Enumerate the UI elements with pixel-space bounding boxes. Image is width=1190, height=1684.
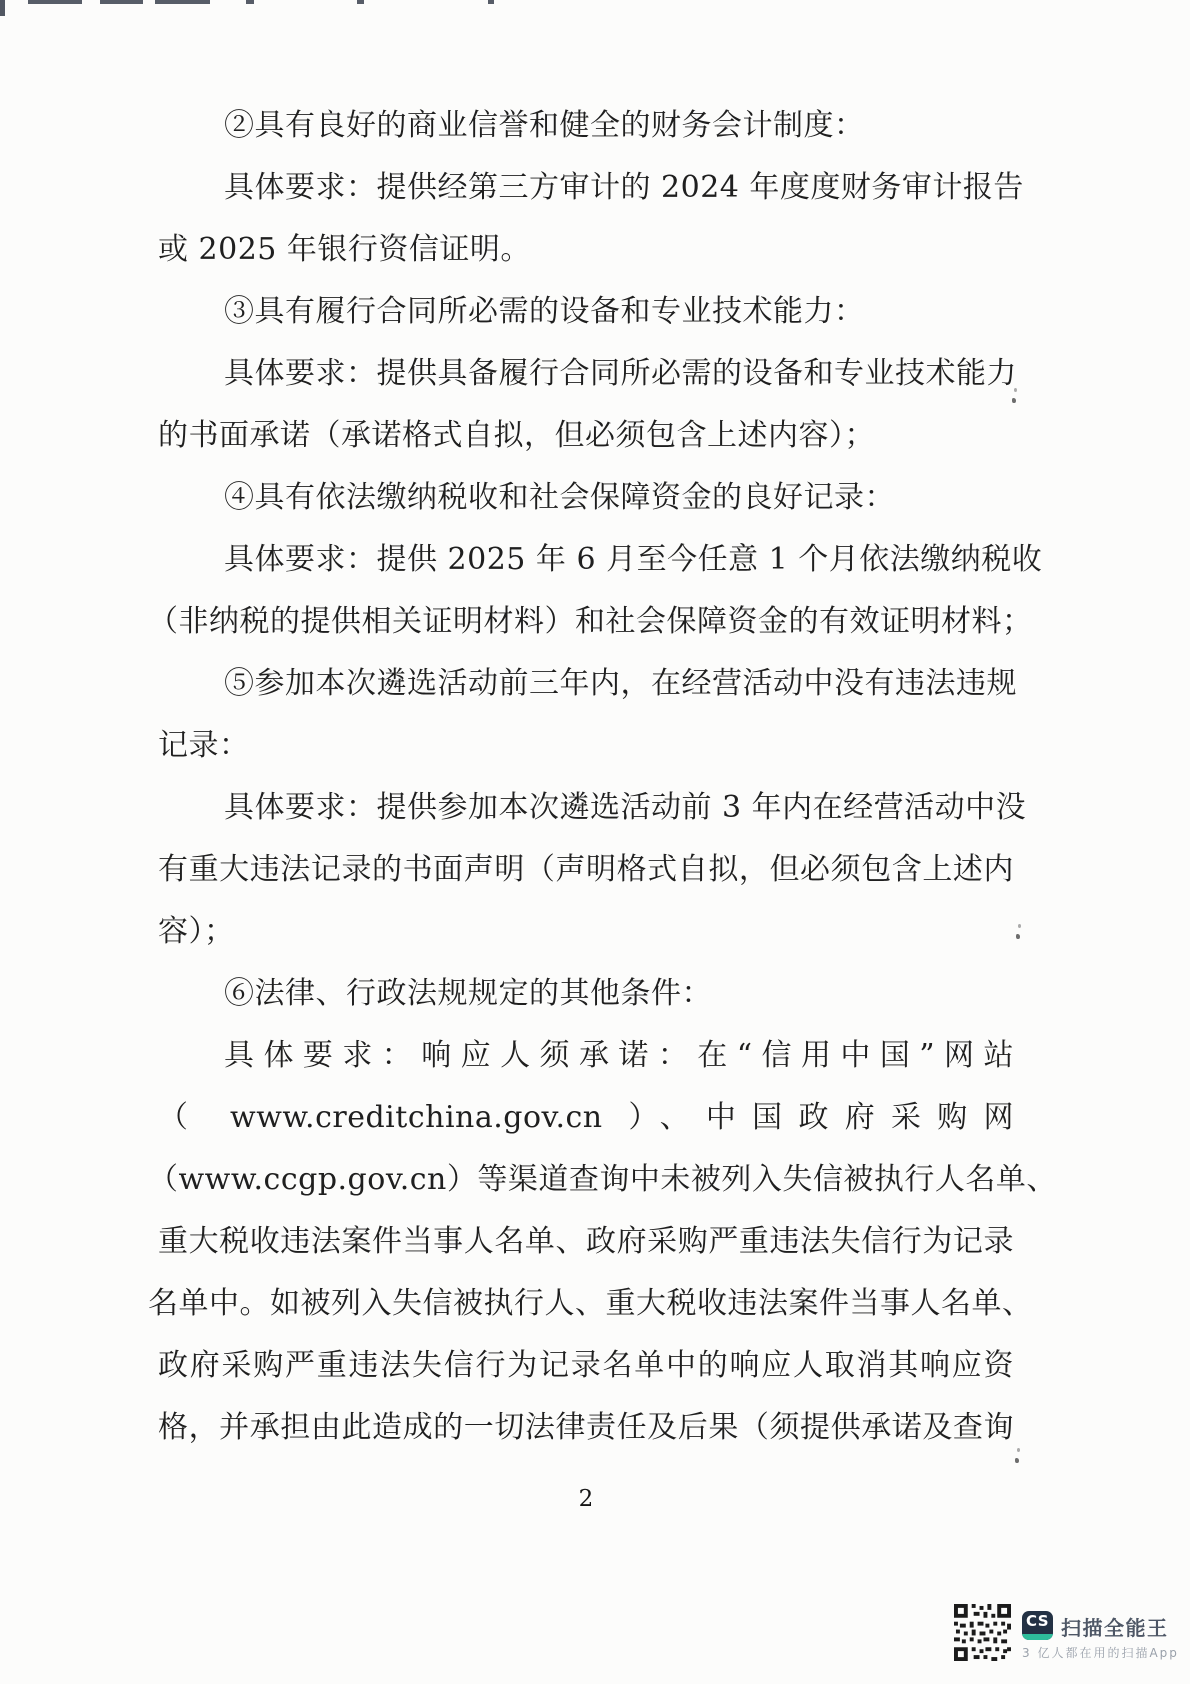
doc-line: ⑤参加本次遴选活动前三年内，在经营活动中没有违法违规 xyxy=(158,653,1014,715)
qr-code-icon xyxy=(954,1603,1011,1662)
doc-line: ③具有履行合同所必需的设备和专业技术能力： xyxy=(158,281,1014,343)
camscanner-watermark: CS 扫描全能王 3 亿人都在用的扫描App xyxy=(954,1603,1174,1665)
scan-edge-artifact xyxy=(0,0,5,16)
camscanner-app-name: 扫描全能王 xyxy=(1061,1612,1169,1641)
doc-line: 具体要求：响应人须承诺：在“信用中国”网站 xyxy=(158,1025,1014,1087)
doc-line: 政府采购严重违法失信行为记录名单中的响应人取消其响应资 xyxy=(158,1335,1014,1397)
camscanner-logo-swoosh xyxy=(1022,1634,1053,1640)
scan-speck-artifact xyxy=(1012,398,1016,403)
doc-line: ②具有良好的商业信誉和健全的财务会计制度： xyxy=(158,95,1014,157)
scan-speck-artifact xyxy=(1015,1458,1019,1463)
scan-edge-artifact xyxy=(488,0,494,4)
doc-line: 的书面承诺（承诺格式自拟，但必须包含上述内容）； xyxy=(158,405,1014,467)
camscanner-logo-icon: CS xyxy=(1022,1611,1053,1640)
doc-line: （非纳税的提供相关证明材料）和社会保障资金的有效证明材料； xyxy=(148,591,1014,653)
doc-line: 或 2025 年银行资信证明。 xyxy=(158,219,1014,281)
doc-line: （www.ccgp.gov.cn）等渠道查询中未被列入失信被执行人名单、 xyxy=(148,1149,1014,1211)
scan-edge-artifact xyxy=(28,0,82,4)
scan-edge-artifact xyxy=(100,0,143,4)
doc-line: 具体要求：提供经第三方审计的 2024 年度度财务审计报告 xyxy=(158,157,1014,219)
doc-line: ④具有依法缴纳税收和社会保障资金的良好记录： xyxy=(158,467,1014,529)
scanned-document-page: ②具有良好的商业信誉和健全的财务会计制度： 具体要求：提供经第三方审计的 202… xyxy=(0,0,1190,1684)
doc-line: 记录： xyxy=(158,715,1014,777)
doc-line: （ www.creditchina.gov.cn ）、中国政府采购网 xyxy=(158,1087,1014,1149)
doc-line: 有重大违法记录的书面声明（声明格式自拟，但必须包含上述内 xyxy=(158,839,1014,901)
camscanner-tagline: 3 亿人都在用的扫描App xyxy=(1022,1644,1179,1661)
doc-line: 名单中。如被列入失信被执行人、重大税收违法案件当事人名单、 xyxy=(148,1273,1014,1335)
page-number: 2 xyxy=(158,1486,1014,1512)
document-text-block: ②具有良好的商业信誉和健全的财务会计制度： 具体要求：提供经第三方审计的 202… xyxy=(158,95,1014,1459)
scan-edge-artifact xyxy=(357,0,364,4)
doc-line: 具体要求：提供参加本次遴选活动前 3 年内在经营活动中没 xyxy=(158,777,1014,839)
scan-speck-artifact xyxy=(1016,934,1020,939)
doc-line: ⑥法律、行政法规规定的其他条件： xyxy=(158,963,1014,1025)
doc-line: 具体要求：提供具备履行合同所必需的设备和专业技术能力 xyxy=(158,343,1014,405)
camscanner-logo-letters: CS xyxy=(1022,1612,1053,1630)
doc-line: 具体要求：提供 2025 年 6 月至今任意 1 个月依法缴纳税收 xyxy=(158,529,1014,591)
doc-line: 重大税收违法案件当事人名单、政府采购严重违法失信行为记录 xyxy=(158,1211,1014,1273)
doc-line: 容）； xyxy=(158,901,1014,963)
doc-line: 格，并承担由此造成的一切法律责任及后果（须提供承诺及查询 xyxy=(158,1397,1014,1459)
scan-edge-artifact xyxy=(246,0,254,4)
scan-edge-artifact xyxy=(155,0,210,4)
